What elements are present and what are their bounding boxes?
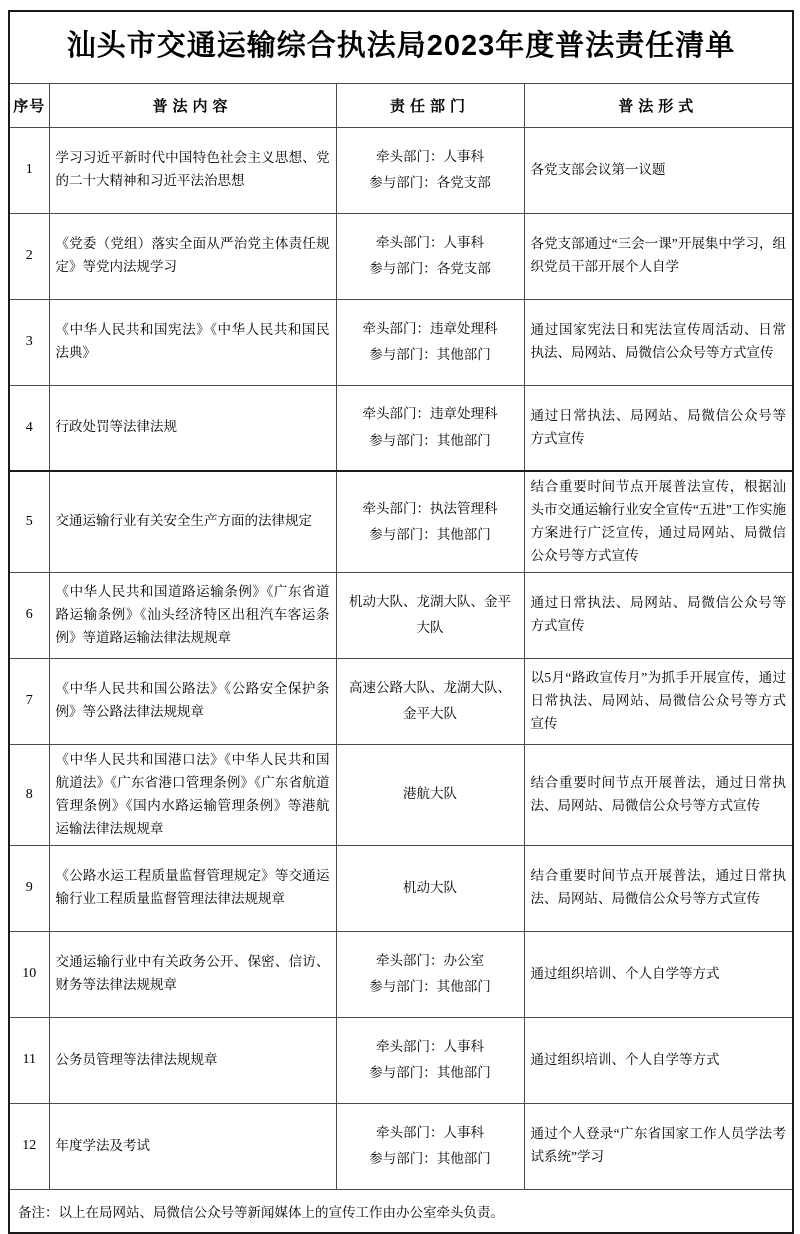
- cell-serial-number: 1: [9, 127, 49, 213]
- table-row: 1 学习习近平新时代中国特色社会主义思想、党的二十大精神和习近平法治思想 牵头部…: [9, 127, 793, 213]
- cell-department: 牵头部门：违章处理科 参与部门：其他部门: [336, 385, 524, 471]
- cell-form: 各党支部会议第一议题: [524, 127, 793, 213]
- cell-content: 《公路水运工程质量监督管理规定》等交通运输行业工程质量监督管理法律法规规章: [49, 845, 336, 931]
- cell-department: 牵头部门：人事科 参与部门：其他部门: [336, 1103, 524, 1189]
- table-row: 3 《中华人民共和国宪法》《中华人民共和国民法典》 牵头部门：违章处理科 参与部…: [9, 299, 793, 385]
- header-cell-serial-number: 序号: [9, 83, 49, 127]
- table-row: 8 《中华人民共和国港口法》《中华人民共和国航道法》《广东省港口管理条例》《广东…: [9, 744, 793, 845]
- table-row: 6 《中华人民共和国道路运输条例》《广东省道路运输条例》《汕头经济特区出租汽车客…: [9, 572, 793, 658]
- cell-department: 牵头部门：人事科 参与部门：其他部门: [336, 1017, 524, 1103]
- cell-form: 通过日常执法、局网站、局微信公众号等方式宣传: [524, 572, 793, 658]
- cell-department: 机动大队: [336, 845, 524, 931]
- table-row: 12 年度学法及考试 牵头部门：人事科 参与部门：其他部门 通过个人登录“广东省…: [9, 1103, 793, 1189]
- header-cell-content: 普法内容: [49, 83, 336, 127]
- cell-content: 《中华人民共和国公路法》《公路安全保护条例》等公路法律法规规章: [49, 658, 336, 744]
- cell-content: 《中华人民共和国宪法》《中华人民共和国民法典》: [49, 299, 336, 385]
- cell-content: 学习习近平新时代中国特色社会主义思想、党的二十大精神和习近平法治思想: [49, 127, 336, 213]
- cell-department: 牵头部门：人事科 参与部门：各党支部: [336, 213, 524, 299]
- footer-note: 备注：以上在局网站、局微信公众号等新闻媒体上的宣传工作由办公室牵头负责。: [9, 1189, 793, 1233]
- cell-department: 机动大队、龙湖大队、金平大队: [336, 572, 524, 658]
- cell-department: 牵头部门：人事科 参与部门：各党支部: [336, 127, 524, 213]
- cell-serial-number: 9: [9, 845, 49, 931]
- page-title: 汕头市交通运输综合执法局2023年度普法责任清单: [9, 11, 793, 83]
- cell-content: 《党委（党组）落实全面从严治党主体责任规定》等党内法规学习: [49, 213, 336, 299]
- cell-form: 结合重要时间节点开展普法宣传，根据汕头市交通运输行业安全宣传“五进”工作实施方案…: [524, 471, 793, 572]
- cell-form: 通过组织培训、个人自学等方式: [524, 1017, 793, 1103]
- cell-form: 结合重要时间节点开展普法，通过日常执法、局网站、局微信公众号等方式宣传: [524, 744, 793, 845]
- cell-department: 牵头部门：执法管理科 参与部门：其他部门: [336, 471, 524, 572]
- cell-content: 交通运输行业有关安全生产方面的法律规定: [49, 471, 336, 572]
- cell-form: 通过国家宪法日和宪法宣传周活动、日常执法、局网站、局微信公众号等方式宣传: [524, 299, 793, 385]
- cell-form: 结合重要时间节点开展普法，通过日常执法、局网站、局微信公众号等方式宣传: [524, 845, 793, 931]
- cell-content: 行政处罚等法律法规: [49, 385, 336, 471]
- table-row: 10 交通运输行业中有关政务公开、保密、信访、财务等法律法规规章 牵头部门：办公…: [9, 931, 793, 1017]
- cell-serial-number: 5: [9, 471, 49, 572]
- table-row: 4 行政处罚等法律法规 牵头部门：违章处理科 参与部门：其他部门 通过日常执法、…: [9, 385, 793, 471]
- table-row: 7 《中华人民共和国公路法》《公路安全保护条例》等公路法律法规规章 高速公路大队…: [9, 658, 793, 744]
- cell-department: 牵头部门：办公室 参与部门：其他部门: [336, 931, 524, 1017]
- header-cell-department: 责任部门: [336, 83, 524, 127]
- cell-form: 通过个人登录“广东省国家工作人员学法考试系统”学习: [524, 1103, 793, 1189]
- table-row: 11 公务员管理等法律法规规章 牵头部门：人事科 参与部门：其他部门 通过组织培…: [9, 1017, 793, 1103]
- table-row: 9 《公路水运工程质量监督管理规定》等交通运输行业工程质量监督管理法律法规规章 …: [9, 845, 793, 931]
- cell-form: 通过日常执法、局网站、局微信公众号等方式宣传: [524, 385, 793, 471]
- cell-serial-number: 2: [9, 213, 49, 299]
- cell-department: 港航大队: [336, 744, 524, 845]
- cell-form: 以5月“路政宣传月”为抓手开展宣传，通过日常执法、局网站、局微信公众号等方式宣传: [524, 658, 793, 744]
- pufa-responsibility-table: 汕头市交通运输综合执法局2023年度普法责任清单 序号 普法内容 责任部门 普法…: [8, 10, 794, 1234]
- cell-form: 通过组织培训、个人自学等方式: [524, 931, 793, 1017]
- cell-form: 各党支部通过“三会一课”开展集中学习，组织党员干部开展个人自学: [524, 213, 793, 299]
- title-row: 汕头市交通运输综合执法局2023年度普法责任清单: [9, 11, 793, 83]
- cell-serial-number: 3: [9, 299, 49, 385]
- cell-serial-number: 7: [9, 658, 49, 744]
- cell-content: 年度学法及考试: [49, 1103, 336, 1189]
- header-cell-form: 普法形式: [524, 83, 793, 127]
- note-row: 备注：以上在局网站、局微信公众号等新闻媒体上的宣传工作由办公室牵头负责。: [9, 1189, 793, 1233]
- cell-department: 牵头部门：违章处理科 参与部门：其他部门: [336, 299, 524, 385]
- cell-serial-number: 8: [9, 744, 49, 845]
- header-row: 序号 普法内容 责任部门 普法形式: [9, 83, 793, 127]
- table-row: 2 《党委（党组）落实全面从严治党主体责任规定》等党内法规学习 牵头部门：人事科…: [9, 213, 793, 299]
- table-row: 5 交通运输行业有关安全生产方面的法律规定 牵头部门：执法管理科 参与部门：其他…: [9, 471, 793, 572]
- cell-serial-number: 6: [9, 572, 49, 658]
- document-page: 汕头市交通运输综合执法局2023年度普法责任清单 序号 普法内容 责任部门 普法…: [0, 0, 800, 1226]
- cell-serial-number: 11: [9, 1017, 49, 1103]
- cell-content: 公务员管理等法律法规规章: [49, 1017, 336, 1103]
- cell-content: 交通运输行业中有关政务公开、保密、信访、财务等法律法规规章: [49, 931, 336, 1017]
- cell-content: 《中华人民共和国港口法》《中华人民共和国航道法》《广东省港口管理条例》《广东省航…: [49, 744, 336, 845]
- cell-serial-number: 10: [9, 931, 49, 1017]
- cell-serial-number: 4: [9, 385, 49, 471]
- cell-serial-number: 12: [9, 1103, 49, 1189]
- cell-content: 《中华人民共和国道路运输条例》《广东省道路运输条例》《汕头经济特区出租汽车客运条…: [49, 572, 336, 658]
- table-body: 1 学习习近平新时代中国特色社会主义思想、党的二十大精神和习近平法治思想 牵头部…: [9, 127, 793, 1189]
- cell-department: 高速公路大队、龙湖大队、金平大队: [336, 658, 524, 744]
